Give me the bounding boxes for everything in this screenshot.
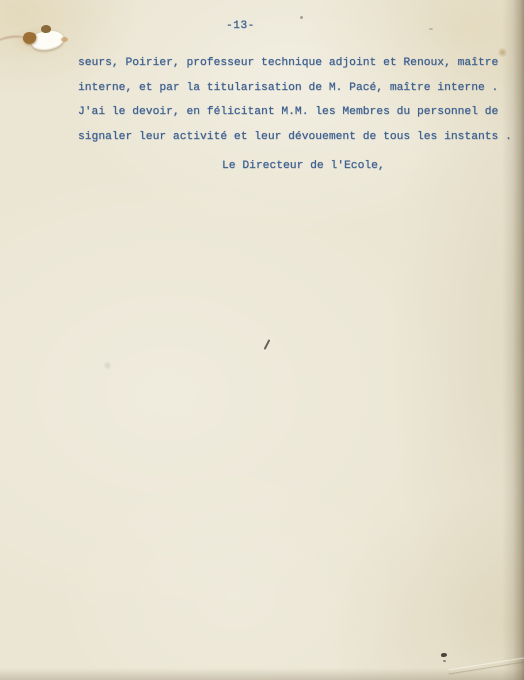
pencil-mark xyxy=(264,339,271,350)
ink-speck xyxy=(443,660,446,662)
body-line: signaler leur activité et leur dévouemen… xyxy=(78,125,512,150)
body-line: seurs, Poirier, professeur technique adj… xyxy=(78,51,512,76)
body-line: J'ai le devoir, en félicitant M.M. les M… xyxy=(78,100,512,125)
paper-speck xyxy=(300,16,303,19)
paper-speck xyxy=(429,28,433,30)
document-page: -13- seurs, Poirier, professeur techniqu… xyxy=(0,0,524,680)
ink-speck xyxy=(441,653,447,657)
page-number: -13- xyxy=(226,20,255,32)
page-edge-shadow-bottom xyxy=(0,668,524,680)
body-line: interne, et par la titularisation de M. … xyxy=(78,76,512,101)
tear-stain-right xyxy=(61,37,68,42)
body-text: seurs, Poirier, professeur technique adj… xyxy=(78,51,512,150)
page-edge-shadow-right xyxy=(502,0,524,680)
paper-smudge xyxy=(103,361,112,370)
signature-line: Le Directeur de l'Ecole, xyxy=(222,159,385,173)
